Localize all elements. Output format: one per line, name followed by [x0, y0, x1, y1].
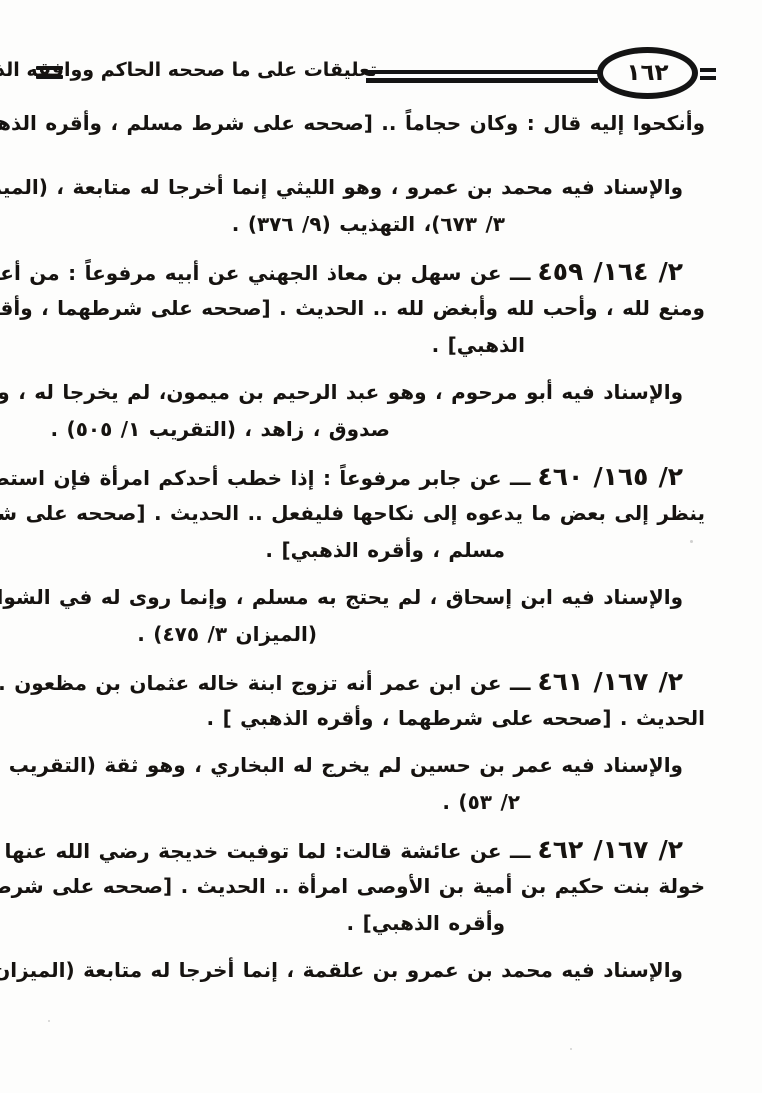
scan-speck — [690, 540, 693, 543]
text-line: ٢/ ١٦٧/ ٤٦١ـــ عن ابن عمر أنه تزوج ابنة … — [63, 663, 705, 700]
paragraph: ٢/ ١٦٧/ ٤٦٢ـــ عن عائشة قالت: لما توفيت … — [63, 831, 705, 942]
line-text: والإسناد فيه أبو مرحوم ، وهو عبد الرحيم … — [0, 380, 683, 404]
hadith-entry-number: ٢/ ١٦٧/ ٤٦٢ — [537, 835, 683, 864]
text-line: ٢/ ٥٣) . — [63, 784, 705, 821]
hadith-entry-number: ٢/ ١٦٧/ ٤٦١ — [537, 667, 683, 696]
hadith-entry-number: ٢/ ١٦٥/ ٤٦٠ — [537, 462, 683, 491]
line-text: (الميزان ٣/ ٤٧٥) . — [137, 622, 317, 646]
line-text: والإسناد فيه ابن إسحاق ، لم يحتج به مسلم… — [0, 585, 683, 609]
book-page: تعليقات على ما صححه الحاكم ووافقه الذهبي… — [0, 0, 762, 1093]
line-text: والإسناد فيه محمد بن عمرو بن علقمة ، إنم… — [0, 958, 683, 982]
paragraph: والإسناد فيه أبو مرحوم ، وهو عبد الرحيم … — [63, 374, 705, 448]
book-title: تعليقات على ما صححه الحاكم ووافقه الذهبي — [82, 59, 377, 81]
line-text: الذهبي] . — [432, 333, 525, 357]
paragraph: والإسناد فيه محمد بن عمرو ، وهو الليثي إ… — [63, 169, 705, 243]
line-text: ومنع لله ، وأحب لله وأبغض لله .. الحديث … — [0, 296, 705, 320]
line-text: ـــ عن جابر مرفوعاً : إذا خطب أحدكم امرأ… — [0, 466, 530, 490]
text-line: خولة بنت حكيم بن أمية بن الأوصى امرأة ..… — [63, 868, 705, 905]
text-line: ٢/ ١٦٧/ ٤٦٢ـــ عن عائشة قالت: لما توفيت … — [63, 831, 705, 868]
header-double-rule — [366, 70, 598, 83]
page-number: ١٦٢ — [626, 60, 668, 86]
text-line: مسلم ، وأقره الذهبي] . — [63, 532, 705, 569]
text-line: (الميزان ٣/ ٤٧٥) . — [63, 616, 705, 653]
paragraph: ٢/ ١٦٧/ ٤٦١ـــ عن ابن عمر أنه تزوج ابنة … — [63, 663, 705, 737]
scan-speck — [570, 1048, 572, 1050]
line-text: والإسناد فيه محمد بن عمرو ، وهو الليثي إ… — [0, 175, 683, 199]
line-text: خولة بنت حكيم بن أمية بن الأوصى امرأة ..… — [0, 874, 705, 898]
header-rule-stub — [700, 68, 716, 84]
text-line: ينظر إلى بعض ما يدعوه إلى نكاحها فليفعل … — [63, 495, 705, 532]
text-line: الحديث . [صححه على شرطهما ، وأقره الذهبي… — [63, 700, 705, 737]
paragraph: ٢/ ١٦٥/ ٤٦٠ـــ عن جابر مرفوعاً : إذا خطب… — [63, 458, 705, 569]
paragraph: ٢/ ١٦٤/ ٤٥٩ـــ عن سهل بن معاذ الجهني عن … — [63, 253, 705, 364]
line-text: ـــ عن ابن عمر أنه تزوج ابنة خاله عثمان … — [0, 671, 530, 695]
text-line: والإسناد فيه ابن إسحاق ، لم يحتج به مسلم… — [63, 579, 705, 616]
text-line: الذهبي] . — [63, 327, 705, 364]
line-text: مسلم ، وأقره الذهبي] . — [265, 538, 505, 562]
text-line: وأنكحوا إليه قال : وكان حجاماً .. [صححه … — [63, 105, 705, 142]
hadith-entry-number: ٢/ ١٦٤/ ٤٥٩ — [537, 257, 683, 286]
line-text: صدوق ، زاهد ، (التقريب ١/ ٥٠٥) . — [50, 417, 390, 441]
text-line: ومنع لله ، وأحب لله وأبغض لله .. الحديث … — [63, 290, 705, 327]
line-text: ٢/ ٥٣) . — [442, 790, 520, 814]
body-text: وأنكحوا إليه قال : وكان حجاماً .. [صححه … — [63, 105, 705, 999]
text-line: والإسناد فيه محمد بن عمرو ، وهو الليثي إ… — [63, 169, 705, 206]
text-line: والإسناد فيه محمد بن عمرو بن علقمة ، إنم… — [63, 952, 705, 989]
text-line: ٢/ ١٦٥/ ٤٦٠ـــ عن جابر مرفوعاً : إذا خطب… — [63, 458, 705, 495]
scan-speck — [48, 1020, 50, 1022]
line-text: ـــ عن سهل بن معاذ الجهني عن أبيه مرفوعا… — [0, 261, 530, 285]
paragraph: والإسناد فيه عمر بن حسين لم يخرج له البخ… — [63, 747, 705, 821]
text-line: والإسناد فيه أبو مرحوم ، وهو عبد الرحيم … — [63, 374, 705, 411]
text-line: ٣/ ٦٧٣)، التهذيب (٩/ ٣٧٦) . — [63, 206, 705, 243]
line-text: ٣/ ٦٧٣)، التهذيب (٩/ ٣٧٦) . — [232, 212, 505, 236]
text-line: وأقره الذهبي] . — [63, 905, 705, 942]
paragraph: والإسناد فيه محمد بن عمرو بن علقمة ، إنم… — [63, 952, 705, 989]
page-number-badge: ١٦٢ — [597, 47, 698, 99]
line-text: وأقره الذهبي] . — [347, 911, 505, 935]
line-text: وأنكحوا إليه قال : وكان حجاماً .. [صححه … — [0, 111, 705, 135]
line-text: الحديث . [صححه على شرطهما ، وأقره الذهبي… — [207, 706, 705, 730]
paragraph: والإسناد فيه ابن إسحاق ، لم يحتج به مسلم… — [63, 579, 705, 653]
line-text: والإسناد فيه عمر بن حسين لم يخرج له البخ… — [9, 753, 683, 777]
line-text: ـــ عن عائشة قالت: لما توفيت خديجة رضي ا… — [0, 839, 530, 863]
text-line: ٢/ ١٦٤/ ٤٥٩ـــ عن سهل بن معاذ الجهني عن … — [63, 253, 705, 290]
paragraph: وأنكحوا إليه قال : وكان حجاماً .. [صححه … — [63, 105, 705, 142]
line-text: ينظر إلى بعض ما يدعوه إلى نكاحها فليفعل … — [0, 501, 705, 525]
text-line: صدوق ، زاهد ، (التقريب ١/ ٥٠٥) . — [63, 411, 705, 448]
text-line: والإسناد فيه عمر بن حسين لم يخرج له البخ… — [63, 747, 705, 784]
